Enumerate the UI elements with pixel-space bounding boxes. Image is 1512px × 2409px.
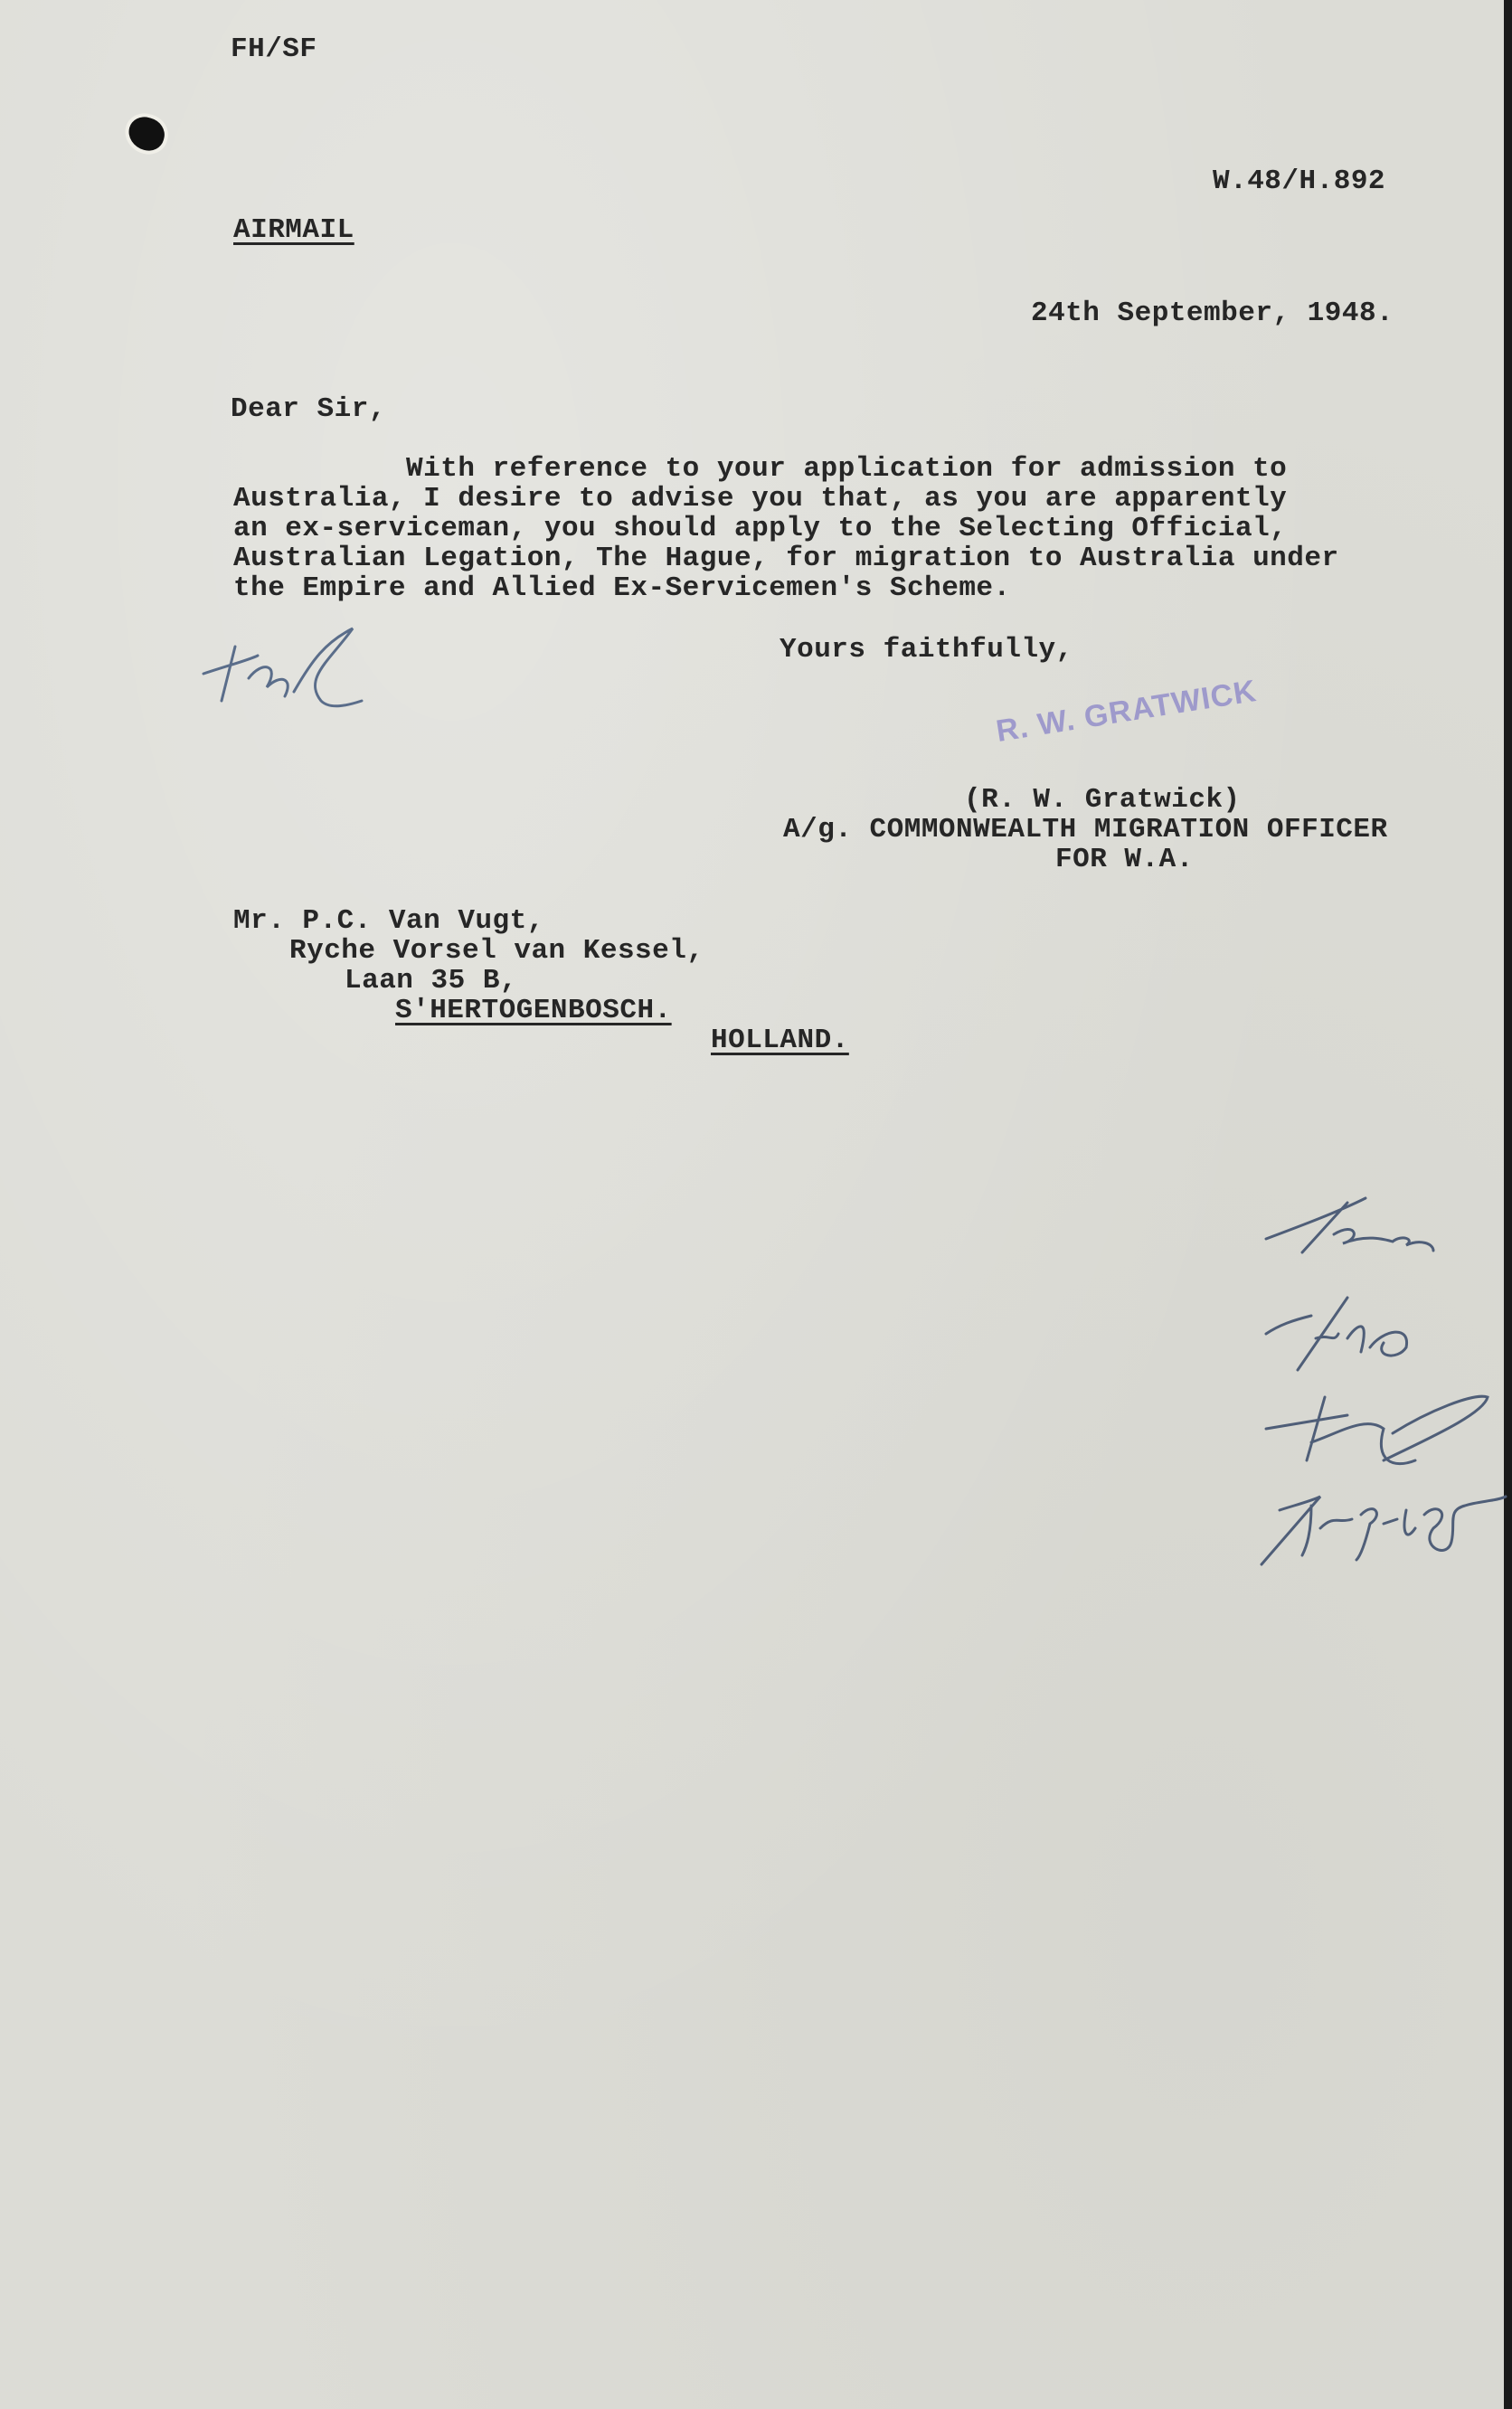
file-reference: W.48/H.892 — [1213, 166, 1385, 196]
handwritten-margin-notes-icon: 24-9-48 — [1257, 1189, 1510, 1578]
closing: Yours faithfully, — [780, 635, 1073, 665]
airmail-marking: AIRMAIL — [233, 215, 354, 245]
signatory-title: A/g. COMMONWEALTH MIGRATION OFFICER — [783, 815, 1388, 845]
body-line: Australian Legation, The Hague, for migr… — [233, 543, 1339, 573]
salutation: Dear Sir, — [231, 394, 386, 424]
body-line: Australia, I desire to advise you that, … — [233, 484, 1287, 514]
letter-page: FH/SF W.48/H.892 AIRMAIL 24th September,… — [0, 0, 1504, 2409]
body-line: an ex-serviceman, you should apply to th… — [233, 514, 1287, 543]
recipient-line1: Ryche Vorsel van Kessel, — [289, 936, 704, 966]
body-line: With reference to your application for a… — [233, 454, 1287, 484]
recipient-line2: Laan 35 B, — [345, 966, 517, 996]
recipient-city: S'HERTOGENBOSCH. — [395, 996, 672, 1025]
body-line: the Empire and Allied Ex-Servicemen's Sc… — [233, 573, 1011, 603]
reference-initials: FH/SF — [231, 34, 317, 64]
handwritten-initials-icon — [194, 624, 375, 714]
punch-hole — [125, 113, 168, 154]
signatory-region: FOR W.A. — [1055, 845, 1194, 874]
recipient-name: Mr. P.C. Van Vugt, — [233, 906, 544, 936]
letter-date: 24th September, 1948. — [1031, 298, 1394, 328]
signatory-name: (R. W. Gratwick) — [964, 785, 1241, 815]
recipient-country: HOLLAND. — [711, 1025, 849, 1055]
name-stamp: R. W. GRATWICK — [994, 674, 1260, 750]
